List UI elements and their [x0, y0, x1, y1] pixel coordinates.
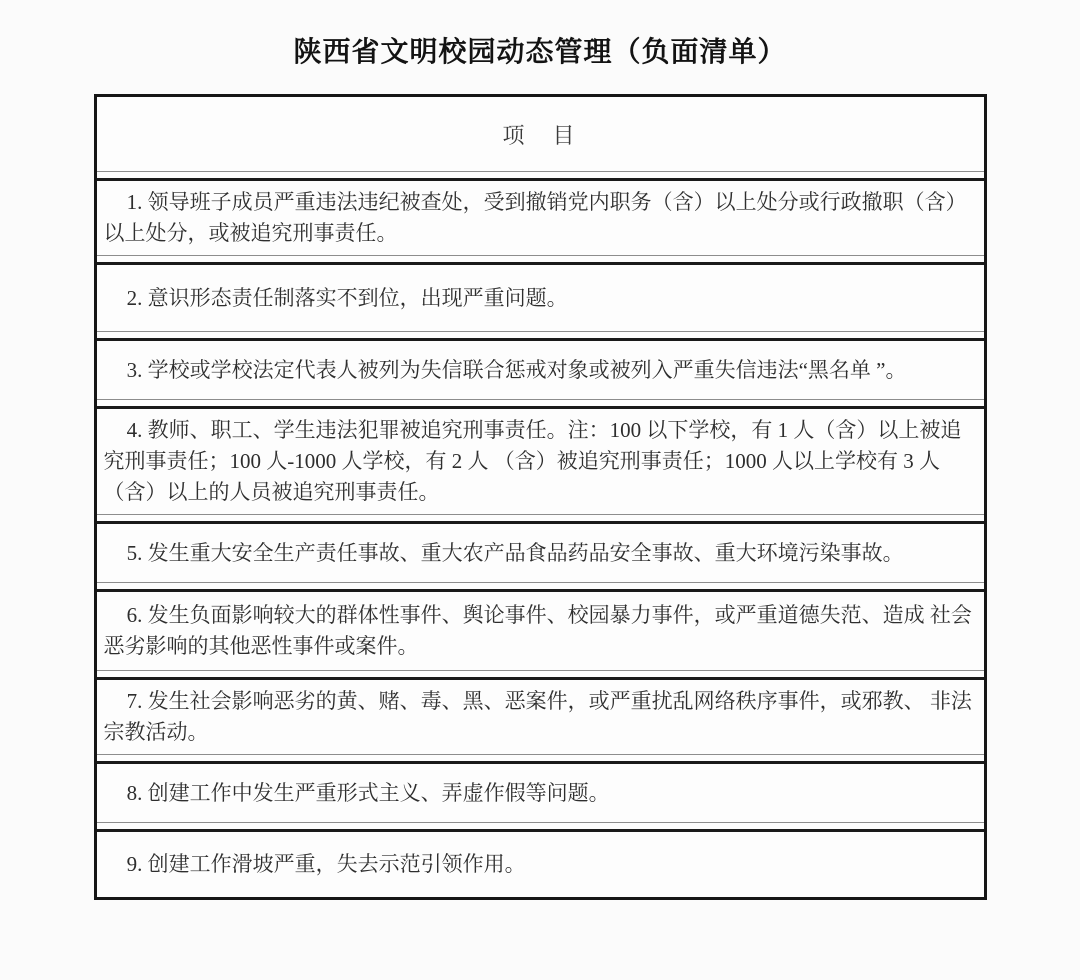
row-text-7: 7. 发生社会影响恶劣的黄、赌、毒、黑、恶案件，或严重扰乱网络秩序事件，或邪教、…	[104, 686, 977, 748]
document: 陕西省文明校园动态管理（负面清单） 项 目 1. 领导班子成员严重违法违纪被查处…	[0, 0, 1080, 980]
row-text-9: 9. 创建工作滑坡严重，失去示范引领作用。	[104, 849, 977, 880]
table-row-3: 3. 学校或学校法定代表人被列为失信联合惩戒对象或被列入严重失信违法“黑名单 ”…	[97, 338, 984, 400]
table-row-6: 6. 发生负面影响较大的群体性事件、舆论事件、校园暴力事件，或严重道德失范、造成…	[97, 589, 984, 671]
table-row-4: 4. 教师、职工、学生违法犯罪被追究刑事责任。注：100 以下学校，有 1 人（…	[97, 406, 984, 515]
row-text-3: 3. 学校或学校法定代表人被列为失信联合惩戒对象或被列入严重失信违法“黑名单 ”…	[104, 355, 977, 386]
table-header-label: 项 目	[502, 119, 577, 150]
table-row-9: 9. 创建工作滑坡严重，失去示范引领作用。	[97, 829, 984, 897]
table-row-1: 1. 领导班子成员严重违法违纪被查处，受到撤销党内职务（含）以上处分或行政撤职（…	[97, 178, 984, 256]
document-title: 陕西省文明校园动态管理（负面清单）	[0, 0, 1080, 94]
table-row-5: 5. 发生重大安全生产责任事故、重大农产品食品药品安全事故、重大环境污染事故。	[97, 521, 984, 583]
row-text-5: 5. 发生重大安全生产责任事故、重大农产品食品药品安全事故、重大环境污染事故。	[104, 538, 977, 569]
table-header-cell: 项 目	[97, 97, 984, 172]
negative-list-table: 项 目 1. 领导班子成员严重违法违纪被查处，受到撤销党内职务（含）以上处分或行…	[94, 94, 987, 900]
row-text-2: 2. 意识形态责任制落实不到位，出现严重问题。	[104, 283, 977, 314]
row-text-6: 6. 发生负面影响较大的群体性事件、舆论事件、校园暴力事件，或严重道德失范、造成…	[104, 600, 977, 662]
row-text-4: 4. 教师、职工、学生违法犯罪被追究刑事责任。注：100 以下学校，有 1 人（…	[104, 415, 977, 508]
row-text-8: 8. 创建工作中发生严重形式主义、弄虚作假等问题。	[104, 778, 977, 809]
table-row-2: 2. 意识形态责任制落实不到位，出现严重问题。	[97, 262, 984, 332]
table-row-7: 7. 发生社会影响恶劣的黄、赌、毒、黑、恶案件，或严重扰乱网络秩序事件，或邪教、…	[97, 677, 984, 755]
table-row-8: 8. 创建工作中发生严重形式主义、弄虚作假等问题。	[97, 761, 984, 823]
row-text-1: 1. 领导班子成员严重违法违纪被查处，受到撤销党内职务（含）以上处分或行政撤职（…	[104, 187, 977, 249]
